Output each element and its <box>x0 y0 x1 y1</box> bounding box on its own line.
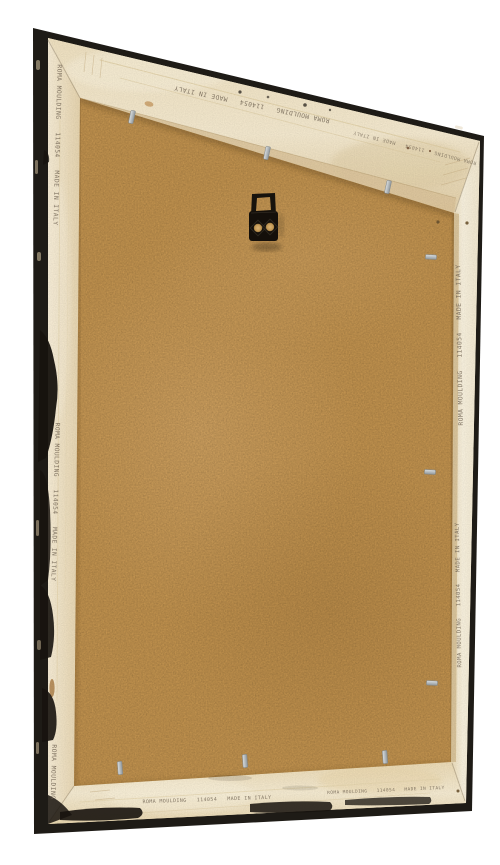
hanger-screw-hole-left <box>254 224 262 232</box>
frame-illustration <box>0 0 500 865</box>
wood-texture-noise <box>30 25 490 840</box>
clip-right-2 <box>424 469 435 474</box>
hanger-screw-hole-right <box>266 223 274 231</box>
product-photo-frame-back: ROMA MOULDING 114054 MADE IN ITALY ROMA … <box>0 0 500 865</box>
clip-right-3 <box>426 680 437 685</box>
clip-right-1 <box>425 254 436 259</box>
clip-bottom-2 <box>242 754 247 767</box>
clip-bottom-3 <box>382 750 387 763</box>
clip-bottom-1 <box>117 761 122 774</box>
